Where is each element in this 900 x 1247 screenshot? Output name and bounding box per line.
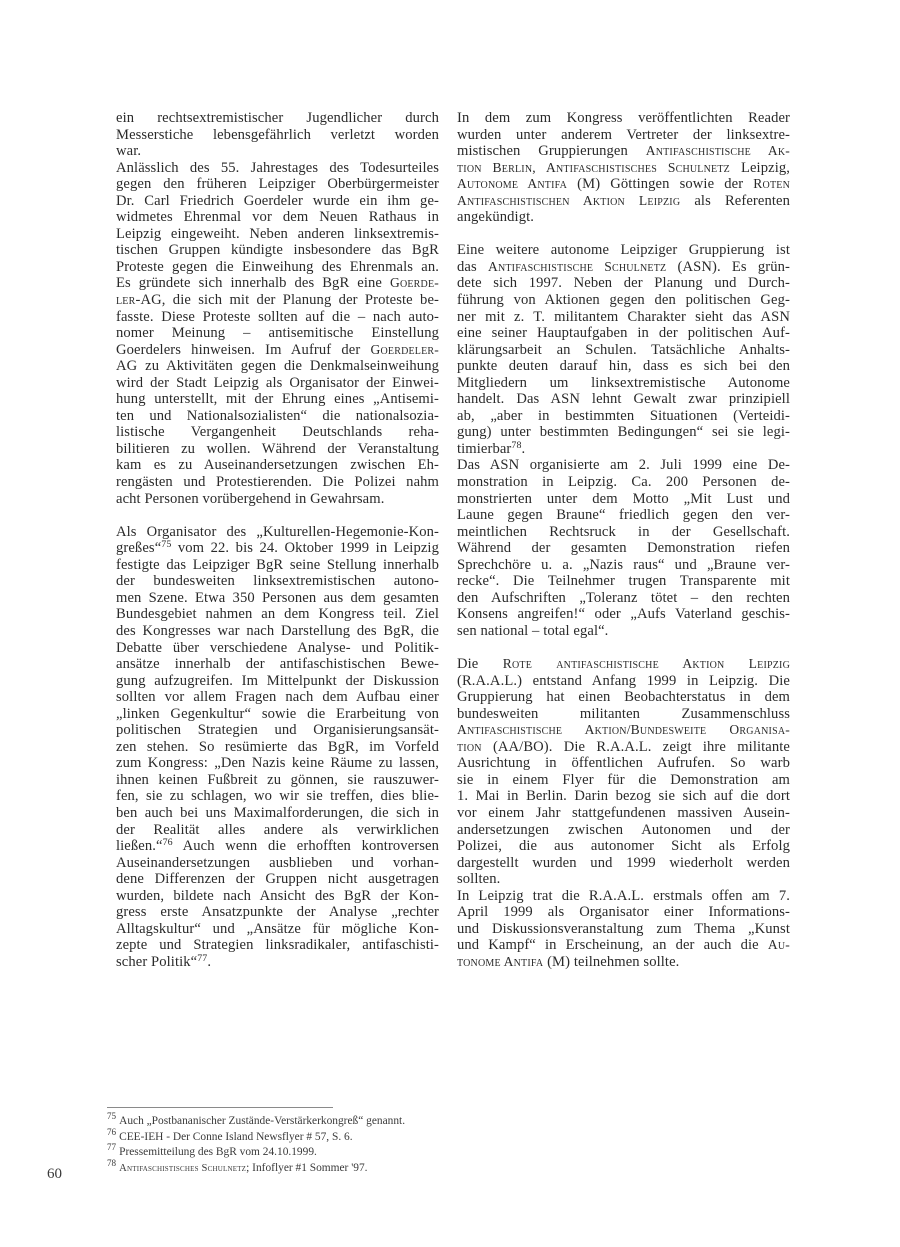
footnote-ref[interactable]: 75 (161, 539, 171, 550)
text-line: dargestellt wurden und 1999 wiederholt w… (457, 855, 790, 872)
paragraph-raal: Die Rote antifaschistische Aktion Leipzi… (457, 656, 790, 970)
footnote-ref[interactable]: 78 (511, 440, 521, 451)
text-line: men Szene. Etwa 350 Personen aus dem ges… (116, 590, 439, 607)
text-line: Anlässlich des 55. Jahrestages des Todes… (116, 160, 439, 177)
text-line: Es gründete sich innerhalb des BgR eine … (116, 275, 439, 292)
text-line: Proteste gegen die Einweihung des Ehrenm… (116, 259, 439, 276)
text-line: gung) unter bestimmten Bedingungen“ sei … (457, 424, 790, 441)
text-line: In Leipzig trat die R.A.A.L. erstmals of… (457, 888, 790, 905)
text-line: andersetzungen zwischen Autonomen und de… (457, 822, 790, 839)
text-line: recke“. Die Teilnehmer trugen Transparen… (457, 573, 790, 590)
text-line: punkte deuten darauf hin, dass es sich b… (457, 358, 790, 375)
text-line: vor einem Jahr stattgefundenen massiven … (457, 805, 790, 822)
small-caps-name: tion (457, 739, 482, 754)
text-line: sen national – total egal“. (457, 623, 790, 640)
text-line: Sprechchöre u. a. „Nazis raus“ und „Brau… (457, 557, 790, 574)
small-caps-name: Antifaschistischen Aktion Leipzig (457, 193, 680, 208)
paragraph-asn: Eine weitere autonome Leipziger Gruppier… (457, 242, 790, 639)
text-line: greßes“75 vom 22. bis 24. Oktober 1999 i… (116, 540, 439, 557)
text-line: mistischen Gruppierungen Antifaschistisc… (457, 143, 790, 160)
text-line: April 1999 als Organisator einer Informa… (457, 904, 790, 921)
text-line: Dr. Carl Friedrich Goerdeler wurde ein i… (116, 193, 439, 210)
text-line: nomer Meinung – antisemitische Einstellu… (116, 325, 439, 342)
text-line: acht Personen vorübergehend in Gewahrsam… (116, 491, 439, 508)
text-line: Debatte über verschiedene Analyse- und P… (116, 640, 439, 657)
text-line: wurden, bildete nach Ansicht des BgR der… (116, 888, 439, 905)
text-line: Goerdelers hinweisen. Im Aufruf der Goer… (116, 342, 439, 359)
text-line: meintlichen Rechtsruck in der Gesellscha… (457, 524, 790, 541)
text-line: tischen Gruppen kündigte insbesondere da… (116, 242, 439, 259)
right-text-column: In dem zum Kongress veröffentlichten Rea… (457, 110, 790, 970)
small-caps-name: ler (116, 292, 136, 307)
footnote-number: 77 (107, 1142, 116, 1152)
text-line: ben auch bei uns Maximalforderungen, die… (116, 805, 439, 822)
small-caps-name: Roten (753, 176, 790, 191)
footnote-77: 77Pressemitteilung des BgR vom 24.10.199… (107, 1145, 405, 1161)
text-line: scher Politik“77. (116, 954, 439, 971)
text-line: zen stehen. So resümierte das BgR, im Vo… (116, 739, 439, 756)
text-line: bundesweiten militanten Zusammenschluss (457, 706, 790, 723)
text-line: das Antifaschistische Schulnetz (ASN). E… (457, 259, 790, 276)
text-line: der bundesweiten linksextremistischen au… (116, 573, 439, 590)
text-line: Das ASN organisierte am 2. Juli 1999 ein… (457, 457, 790, 474)
text-line: war. (116, 143, 439, 160)
text-line: Als Organisator des „Kulturellen-Hegemon… (116, 524, 439, 541)
text-line: angekündigt. (457, 209, 790, 226)
text-line: Alltagskultur“ und „Ansätze für mögliche… (116, 921, 439, 938)
small-caps-name: Antifaschistische Schulnetz (488, 259, 666, 274)
text-line: des Kongresses war nach Darstellung des … (116, 623, 439, 640)
text-line: tion (AA/BO). Die R.A.A.L. zeigt ihre mi… (457, 739, 790, 756)
text-line: (R.A.A.L.) entstand Anfang 1999 in Leipz… (457, 673, 790, 690)
page-number: 60 (47, 1166, 62, 1183)
text-line: wird der Stadt Leipzig als Organisator d… (116, 375, 439, 392)
text-line: hung unterstellt, mit der Ehrung eines „… (116, 391, 439, 408)
text-line: sollten. (457, 871, 790, 888)
text-line: Polizei, die aus autonomer Sicht als Erf… (457, 838, 790, 855)
footnote-number: 78 (107, 1158, 116, 1168)
text-line: tonome Antifa (M) teilnehmen sollte. (457, 954, 790, 971)
text-line: sie in einem Flyer für die Demonstration… (457, 772, 790, 789)
text-line: den Aufschriften „Toleranz tötet – den r… (457, 590, 790, 607)
text-line: zum Kongress: „Den Nazis keine Räume zu … (116, 755, 439, 772)
text-line: der Realität alles andere als verwirklic… (116, 822, 439, 839)
text-line: festigte das Leipziger BgR seine Stellun… (116, 557, 439, 574)
text-line: gegen den früheren Leipziger Oberbürgerm… (116, 176, 439, 193)
text-line: ansätze innerhalb der antifaschistischen… (116, 656, 439, 673)
text-line: Gruppierung hat einen Beobachterstatus i… (457, 689, 790, 706)
footnote-divider (107, 1107, 333, 1108)
small-caps-name: Goerdeler- (370, 342, 439, 357)
footnote-number: 75 (107, 1111, 116, 1121)
paragraph-kongress: Als Organisator des „Kulturellen-Hegemon… (116, 524, 439, 971)
text-line: Auseinandersetzungen ausblieben und vorh… (116, 855, 439, 872)
small-caps-name: Antifaschistische Aktion/Bundesweite Org… (457, 722, 790, 739)
footnote-number: 76 (107, 1127, 116, 1137)
left-text-column: ein rechtsextremistischer Jugendlicher d… (116, 110, 439, 970)
footnote-78: 78Antifaschistisches Schulnetz; Infoflye… (107, 1161, 405, 1177)
text-line: Konsens angreifen!“ oder „Aufs Vaterland… (457, 606, 790, 623)
footnote-ref[interactable]: 77 (197, 953, 207, 964)
text-line: Die Rote antifaschistische Aktion Leipzi… (457, 656, 790, 673)
text-line: listische Vergangenheit Deutschlands reh… (116, 424, 439, 441)
footnote-ref[interactable]: 76 (163, 837, 173, 848)
text-line: und Diskussionsveranstaltung zum Thema „… (457, 921, 790, 938)
paragraph-stabbing: ein rechtsextremistischer Jugendlicher d… (116, 110, 439, 160)
text-line: widmetes Ehrenmal vor dem Neuen Rathaus … (116, 209, 439, 226)
text-line: sollten vor allem Fragen nach dem Aufbau… (116, 689, 439, 706)
text-line: ab, „aber in bestimmten Situationen (Ver… (457, 408, 790, 425)
footnote-75: 75Auch „Postbananischer Zustände-Verstär… (107, 1114, 405, 1130)
text-line: Ausrichtung in öffentlichen Aufrufen. So… (457, 755, 790, 772)
text-line: politischen Strategien und Organisierung… (116, 722, 439, 739)
text-line: wurden unter anderem Vertreter der links… (457, 127, 790, 144)
text-line: klärungsarbeit an Schulen. Tatsächliche … (457, 342, 790, 359)
text-line: AG zu Aktivitäten gegen die Denkmalseinw… (116, 358, 439, 375)
text-line: Während der gesamten Demonstration riefe… (457, 540, 790, 557)
text-line: eine seiner Hauptaufgaben in der politis… (457, 325, 790, 342)
text-line: führung von Aktionen gegen den politisch… (457, 292, 790, 309)
text-line: fen, sie zu schlagen, wo wir sie treffen… (116, 788, 439, 805)
text-line: Eine weitere autonome Leipziger Gruppier… (457, 242, 790, 259)
small-caps-name: Goerde- (390, 275, 439, 290)
text-line: kam es zu Auseinandersetzungen zwischen … (116, 457, 439, 474)
text-line: tion Berlin, Antifaschistisches Schulnet… (457, 160, 790, 177)
small-caps-name: Antifaschistische Ak- (646, 143, 790, 158)
text-line: rengästen und Protestierenden. Die Poliz… (116, 474, 439, 491)
footnote-76: 76CEE-IEH - Der Conne Island Newsflyer #… (107, 1130, 405, 1146)
text-line: ließen.“76 Auch wenn die erhofften kontr… (116, 838, 439, 855)
small-caps-name: Autonome Antifa (457, 176, 567, 191)
text-line: Messerstiche lebensgefährlich verletzt w… (116, 127, 439, 144)
text-line: ler-AG, die sich mit der Planung der Pro… (116, 292, 439, 309)
text-line: fasste. Diese Proteste sollten auf die –… (116, 309, 439, 326)
text-line: timierbar78. (457, 441, 790, 458)
text-line: handelt. Das ASN lehnt Gewalt zwar prinz… (457, 391, 790, 408)
small-caps-name: Rote antifaschistische Aktion Leipzig (503, 656, 790, 671)
text-line: Bundesgebiet nahmen an dem Kongress teil… (116, 606, 439, 623)
text-line: monstration in Leipzig. Ca. 200 Personen… (457, 474, 790, 491)
paragraph-goerdeler: Anlässlich des 55. Jahrestages des Todes… (116, 160, 439, 507)
text-line: dene Differenzen der Gruppen nicht ausge… (116, 871, 439, 888)
text-line: Autonome Antifa (M) Göttingen sowie der … (457, 176, 790, 193)
paragraph-reader: In dem zum Kongress veröffentlichten Rea… (457, 110, 790, 226)
text-line: bilitieren zu wollen. Während der Verans… (116, 441, 439, 458)
text-line: gress erste Ansatzpunkte der Analyse „re… (116, 904, 439, 921)
text-line: monstrierten unter dem Motto „Mit Lust u… (457, 491, 790, 508)
text-line: Laune gegen Braune“ friedlich gegen den … (457, 507, 790, 524)
text-line: In dem zum Kongress veröffentlichten Rea… (457, 110, 790, 127)
text-line: ner mit z. T. militantem Charakter sieht… (457, 309, 790, 326)
small-caps-name: tonome Antifa (457, 954, 543, 969)
text-line: Leipzig eingeweiht. Neben anderen linkse… (116, 226, 439, 243)
text-line: „linken Gegenkultur“ sowie die Erarbeitu… (116, 706, 439, 723)
text-line: ein rechtsextremistischer Jugendlicher d… (116, 110, 439, 127)
text-line: gung aufzugreifen. Im Mittelpunkt der Di… (116, 673, 439, 690)
text-line: ten und Nationalsozialisten“ die nationa… (116, 408, 439, 425)
footnotes: 75Auch „Postbananischer Zustände-Verstär… (107, 1114, 405, 1176)
text-line: und Kampf“ in Erscheinung, an der auch d… (457, 937, 790, 954)
small-caps-name: Au- (768, 937, 790, 952)
text-line: Antifaschistischen Aktion Leipzig als Re… (457, 193, 790, 210)
text-line: Mitgliedern um linksextremistische Auton… (457, 375, 790, 392)
small-caps-name: tion Berlin, Antifaschistisches Schulnet… (457, 160, 730, 175)
small-caps-name: Antifaschistisches Schulnetz (119, 1163, 246, 1174)
text-line: zepte und Strategien linksradikaler, ant… (116, 937, 439, 954)
text-line: ihnen keinen Fußbreit zu gönnen, sie rau… (116, 772, 439, 789)
text-line: 1. Mai in Berlin. Darin bezog sie sich a… (457, 788, 790, 805)
text-line: dete sich 1997. Neben der Planung und Du… (457, 275, 790, 292)
